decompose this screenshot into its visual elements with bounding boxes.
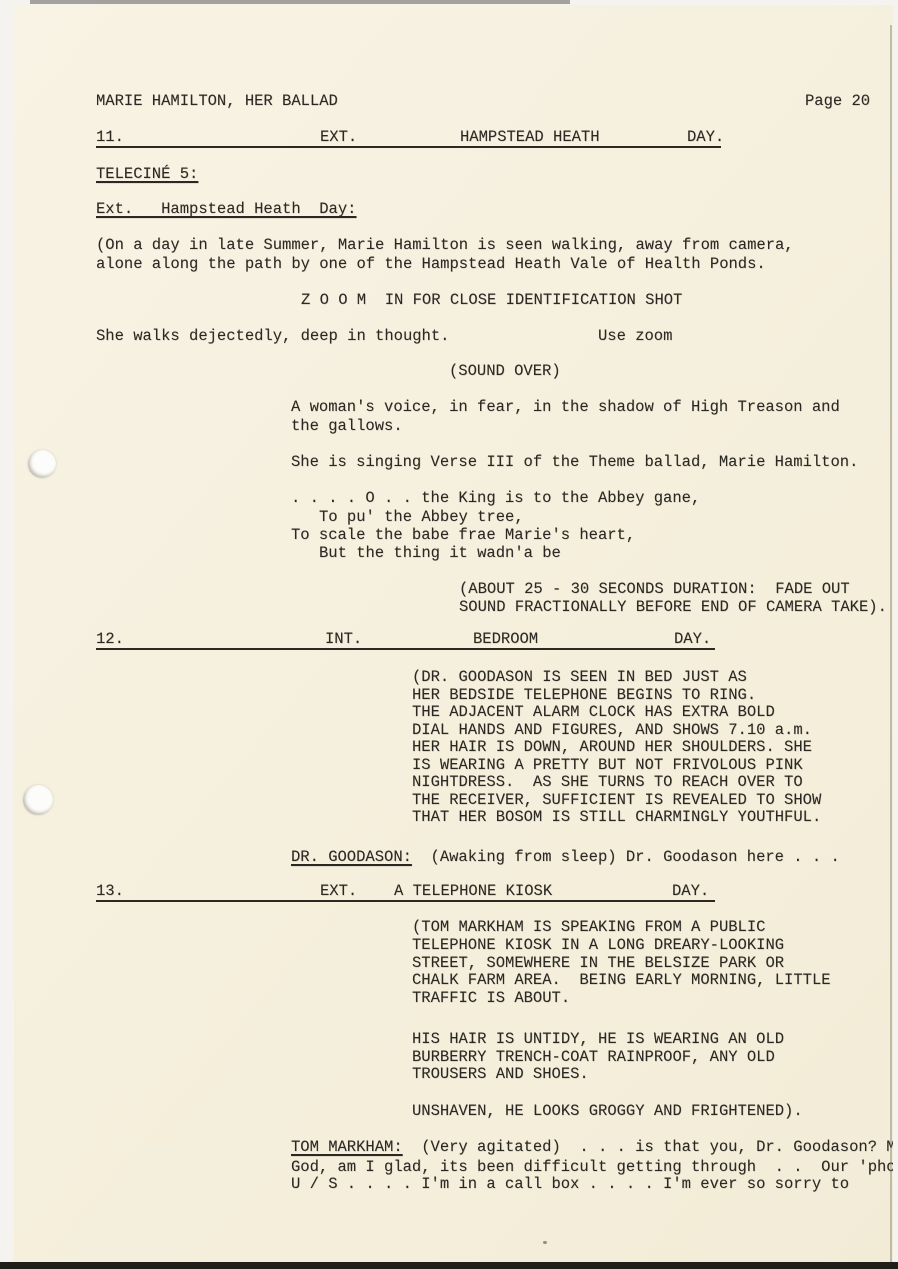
stage-direction-line: IS WEARING A PRETTY BUT NOT FRIVOLOUS PI…: [412, 757, 803, 774]
scene-subheading: Ext. Hampstead Heath Day:: [96, 201, 356, 218]
scene-time: DAY.: [672, 883, 709, 900]
scene-type: INT.: [325, 631, 362, 648]
telecine-label: TELECINÉ 5:: [96, 166, 198, 183]
stage-direction-line: HER HAIR IS DOWN, AROUND HER SHOULDERS. …: [412, 739, 812, 756]
action-line: alone along the path by one of the Hamps…: [96, 256, 766, 273]
stage-direction-line: CHALK FARM AREA. BEING EARLY MORNING, LI…: [412, 972, 831, 989]
camera-direction: Z O O M IN FOR CLOSE IDENTIFICATION SHOT: [301, 292, 682, 309]
ballad-verse-line: To pu' the Abbey tree,: [319, 509, 524, 526]
scene-heading-12: 12. INT. BEDROOM DAY.: [96, 631, 715, 650]
action-line: (On a day in late Summer, Marie Hamilton…: [96, 237, 794, 254]
dialogue-text-line: U / S . . . . I'm in a call box . . . . …: [291, 1176, 849, 1193]
voice-over-description: the gallows.: [291, 418, 403, 435]
ballad-verse-line: But the thing it wadn'a be: [319, 545, 561, 562]
duration-note: SOUND FRACTIONALLY BEFORE END OF CAMERA …: [459, 599, 887, 616]
stage-direction-line: TRAFFIC IS ABOUT.: [412, 990, 570, 1007]
scene-heading-13: 13. EXT. A TELEPHONE KIOSK DAY.: [96, 883, 715, 902]
stage-direction-line: (TOM MARKHAM IS SPEAKING FROM A PUBLIC: [412, 919, 765, 936]
stage-direction-line: UNSHAVEN, HE LOOKS GROGGY AND FRIGHTENED…: [412, 1103, 803, 1120]
hole-punch: [23, 785, 53, 815]
voice-over-description: She is singing Verse III of the Theme ba…: [291, 454, 858, 471]
sound-over-note: (SOUND OVER): [449, 363, 561, 380]
scene-type: EXT.: [320, 883, 357, 900]
stage-direction-line: DIAL HANDS AND FIGURES, AND SHOWS 7.10 a…: [412, 722, 812, 739]
stage-direction-line: (DR. GOODASON IS SEEN IN BED JUST AS: [412, 669, 747, 686]
page-title: MARIE HAMILTON, HER BALLAD: [96, 93, 338, 110]
scan-edge-bottom: [0, 1262, 898, 1269]
stage-direction-line: HER BEDSIDE TELEPHONE BEGINS TO RING.: [412, 687, 756, 704]
stage-direction-line: THE ADJACENT ALARM CLOCK HAS EXTRA BOLD: [412, 704, 775, 721]
dialogue-text: (Very agitated) . . . is that you, Dr. G…: [403, 1138, 893, 1156]
speaker-name: TOM MARKHAM:: [291, 1138, 403, 1156]
scene-number: 12.: [96, 631, 124, 648]
scene-location: A TELEPHONE KIOSK: [394, 883, 552, 900]
stage-direction-line: BURBERRY TRENCH-COAT RAINPROOF, ANY OLD: [412, 1049, 775, 1066]
dialogue-line: TOM MARKHAM: (Very agitated) . . . is th…: [291, 1139, 893, 1156]
script-page: MARIE HAMILTON, HER BALLAD Page 20 11. E…: [14, 5, 893, 1262]
ballad-verse-line: To scale the babe frae Marie's heart,: [291, 527, 635, 544]
page-number: Page 20: [805, 93, 870, 110]
scene-type: EXT.: [320, 129, 357, 146]
stage-direction-line: STREET, SOMEWHERE IN THE BELSIZE PARK OR: [412, 955, 784, 972]
scene-location: BEDROOM: [473, 631, 538, 648]
scene-time: DAY.: [674, 631, 711, 648]
scene-time: DAY.: [687, 129, 724, 146]
action-line: She walks dejectedly, deep in thought.: [96, 328, 449, 345]
scan-edge-top: [30, 0, 570, 4]
stage-direction-line: NIGHTDRESS. AS SHE TURNS TO REACH OVER T…: [412, 774, 803, 791]
voice-over-description: A woman's voice, in fear, in the shadow …: [291, 399, 840, 416]
scene-heading-11: 11. EXT. HAMPSTEAD HEATH DAY.: [96, 129, 721, 148]
dialogue-line: DR. GOODASON: (Awaking from sleep) Dr. G…: [291, 849, 840, 866]
stage-direction-line: THAT HER BOSOM IS STILL CHARMINGLY YOUTH…: [412, 809, 821, 826]
scan-edge-right: [890, 25, 892, 1262]
stage-direction-line: TELEPHONE KIOSK IN A LONG DREARY-LOOKING: [412, 937, 784, 954]
camera-note: Use zoom: [598, 328, 672, 345]
ballad-verse-line: . . . . O . . the King is to the Abbey g…: [291, 490, 700, 507]
scene-number: 11.: [96, 129, 124, 146]
stage-direction-line: TROUSERS AND SHOES.: [412, 1066, 589, 1083]
dialogue-text-line: God, am I glad, its been difficult getti…: [291, 1159, 893, 1176]
scene-number: 13.: [96, 883, 124, 900]
dialogue-text: (Awaking from sleep) Dr. Goodason here .…: [412, 848, 840, 866]
scene-location: HAMPSTEAD HEATH: [460, 129, 600, 146]
ink-speck: [543, 1241, 547, 1244]
stage-direction-line: THE RECEIVER, SUFFICIENT IS REVEALED TO …: [412, 792, 821, 809]
duration-note: (ABOUT 25 - 30 SECONDS DURATION: FADE OU…: [459, 581, 850, 598]
stage-direction-line: HIS HAIR IS UNTIDY, HE IS WEARING AN OLD: [412, 1031, 784, 1048]
speaker-name: DR. GOODASON:: [291, 848, 412, 866]
hole-punch: [28, 450, 56, 478]
